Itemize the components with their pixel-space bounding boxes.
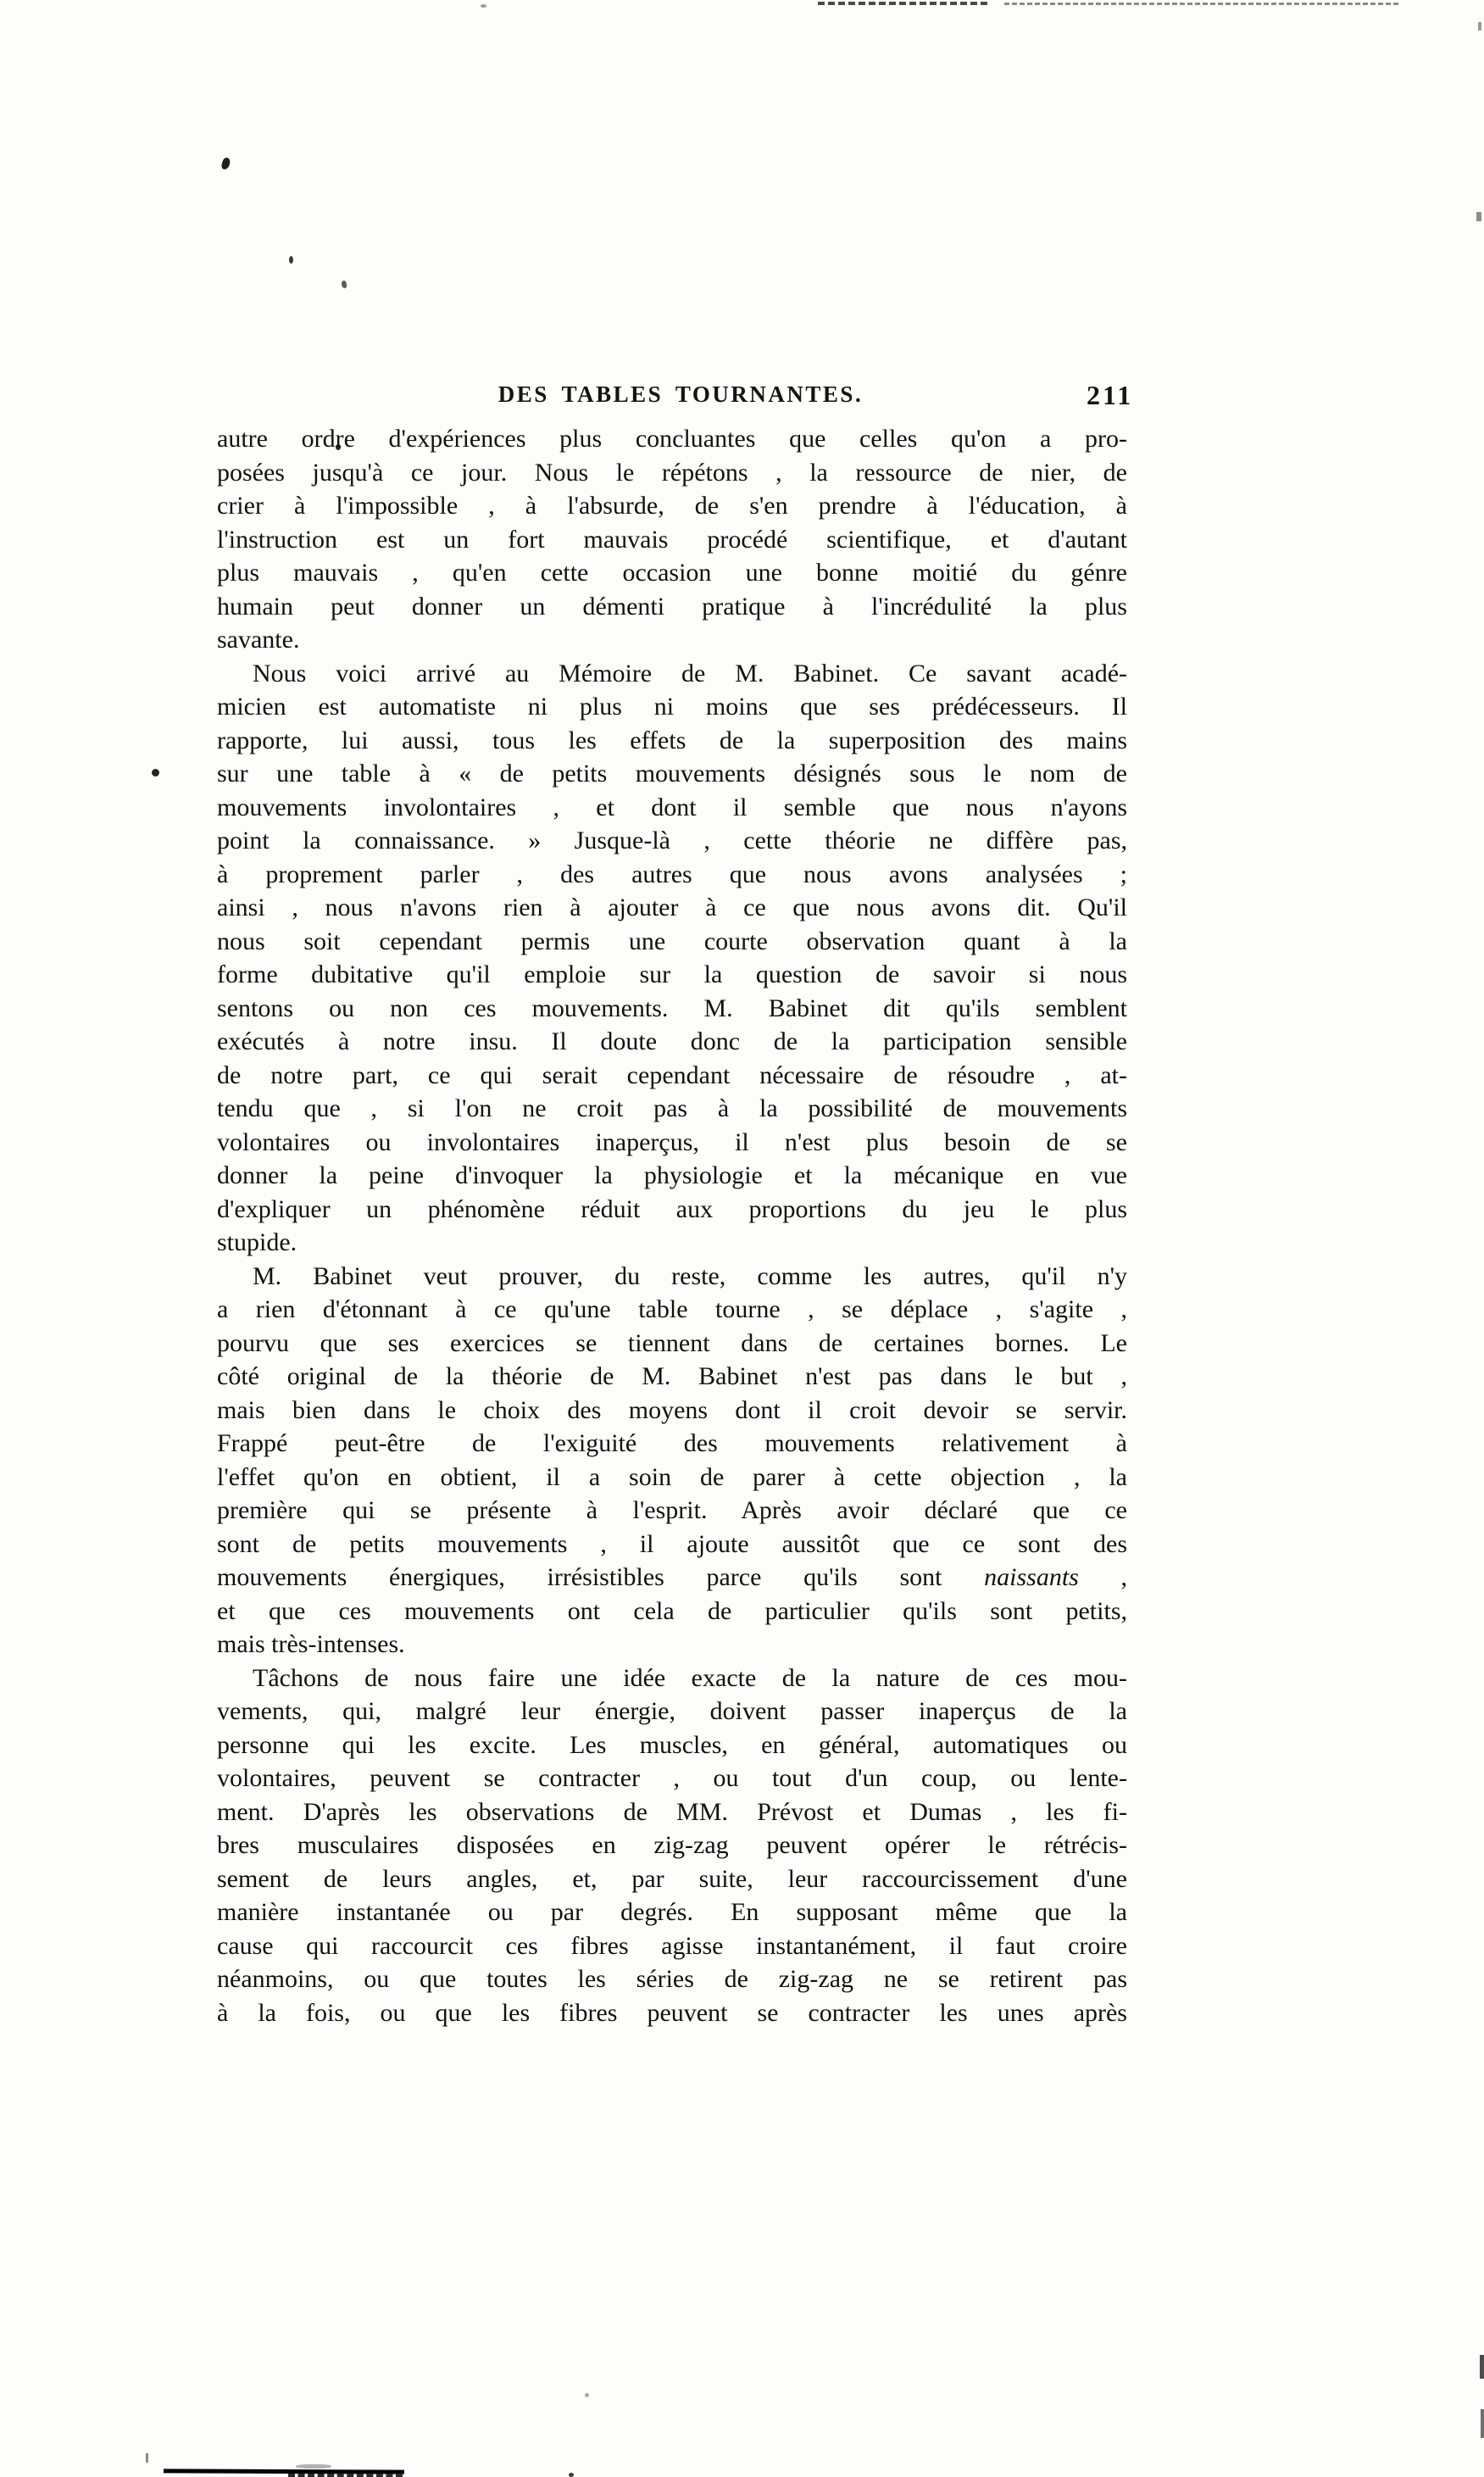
text-line: sur une table à « de petits mouvements d… (217, 757, 1127, 791)
page-header: DES TABLES TOURNANTES. 211 (217, 381, 1127, 417)
text-line: tendu que , si l'on ne croit pas à la po… (217, 1092, 1127, 1126)
text-line: point la connaissance. » Jusque-là , cet… (217, 824, 1127, 858)
scan-artifact-margin-dot (152, 769, 159, 776)
scan-artifact-top-dashes (1004, 3, 1398, 5)
text-line: donner la peine d'invoquer la physiologi… (217, 1159, 1127, 1193)
text-line: pourvu que ses exercices se tiennent dan… (217, 1327, 1127, 1361)
text-line: et que ces mouvements ont cela de partic… (217, 1595, 1127, 1628)
scan-artifact-tick (1478, 22, 1481, 31)
text-line: crier à l'impossible , à l'absurde, de s… (217, 489, 1127, 523)
text-line: exécutés à notre insu. Il doute donc de … (217, 1025, 1127, 1059)
text-line: Frappé peut-être de l'exiguité des mouve… (217, 1427, 1127, 1461)
text-line: savante. (217, 623, 1127, 657)
scan-artifact-tick (146, 2453, 148, 2463)
text-line: mais bien dans le choix des moyens dont … (217, 1394, 1127, 1428)
paragraph: M. Babinet veut prouver, du reste, comme… (217, 1260, 1127, 1662)
paragraph: Nous voici arrivé au Mémoire de M. Babin… (217, 657, 1127, 1260)
scan-artifact-bottom-dashes (288, 2474, 403, 2477)
text-line: à la fois, ou que les fibres peuvent se … (217, 1996, 1127, 2030)
text-block: autre ordre d'expériences plus concluant… (217, 422, 1127, 2029)
scan-artifact-top-dashes (818, 2, 987, 5)
paragraph: Tâchons de nous faire une idée exacte de… (217, 1662, 1127, 2030)
scan-artifact-dot (569, 2473, 574, 2477)
text-line: M. Babinet veut prouver, du reste, comme… (217, 1260, 1127, 1294)
text-line: rapporte, lui aussi, tous les effets de … (217, 724, 1127, 758)
text-line: Nous voici arrivé au Mémoire de M. Babin… (217, 657, 1127, 691)
scan-artifact-edge-mark (1480, 2355, 1484, 2379)
text-line: vements, qui, malgré leur énergie, doive… (217, 1695, 1127, 1728)
text-line: bres musculaires disposées en zig-zag pe… (217, 1829, 1127, 1862)
scan-artifact-speck (220, 157, 231, 170)
text-line: stupide. (217, 1226, 1127, 1260)
text-line: nous soit cependant permis une courte ob… (217, 925, 1127, 959)
scan-artifact-bottom-line (164, 2469, 404, 2474)
text-line: forme dubitative qu'il emploie sur la qu… (217, 958, 1127, 992)
text-line: côté original de la théorie de M. Babine… (217, 1360, 1127, 1394)
text-line: de notre part, ce qui serait cependant n… (217, 1059, 1127, 1093)
text-line: volontaires, peuvent se contracter , ou … (217, 1762, 1127, 1795)
text-line: ainsi , nous n'avons rien à ajouter à ce… (217, 891, 1127, 925)
text-line: personne qui les excite. Les muscles, en… (217, 1728, 1127, 1762)
scan-artifact-smudge (296, 2464, 331, 2469)
text-line: d'expliquer un phénomène réduit aux prop… (217, 1193, 1127, 1227)
text-line: mouvements énergiques, irrésistibles par… (217, 1561, 1127, 1595)
scan-artifact-dot (481, 4, 486, 8)
text-line: cause qui raccourcit ces fibres agisse i… (217, 1929, 1127, 1963)
text-line: l'effet qu'on en obtient, il a soin de p… (217, 1461, 1127, 1495)
scan-artifact-edge-mark (1481, 2409, 1484, 2438)
scan-artifact-speck (289, 256, 293, 264)
scan-artifact-speck (341, 280, 347, 288)
book-page: DES TABLES TOURNANTES. 211 autre ordre d… (0, 0, 1484, 2477)
page-number: 211 (1087, 380, 1133, 411)
text-line: à proprement parler , des autres que nou… (217, 858, 1127, 892)
text-line: manière instantanée ou par degrés. En su… (217, 1895, 1127, 1929)
text-line: première qui se présente à l'esprit. Apr… (217, 1494, 1127, 1528)
running-title: DES TABLES TOURNANTES. (225, 381, 1136, 408)
text-line: a rien d'étonnant à ce qu'une table tour… (217, 1293, 1127, 1327)
paragraph: autre ordre d'expériences plus concluant… (217, 422, 1127, 657)
text-line: l'instruction est un fort mauvais procéd… (217, 523, 1127, 557)
text-line: Tâchons de nous faire une idée exacte de… (217, 1662, 1127, 1695)
scan-artifact-tick (1476, 212, 1481, 221)
text-line: posées jusqu'à ce jour. Nous le répétons… (217, 456, 1127, 490)
text-line: ment. D'après les observations de MM. Pr… (217, 1795, 1127, 1829)
text-line: néanmoins, ou que toutes les séries de z… (217, 1962, 1127, 1996)
text-line: mouvements involontaires , et dont il se… (217, 791, 1127, 825)
text-line: micien est automatiste ni plus ni moins … (217, 690, 1127, 724)
text-line: mais très-intenses. (217, 1628, 1127, 1662)
text-line: sentons ou non ces mouvements. M. Babine… (217, 992, 1127, 1026)
text-line: volontaires ou involontaires inaperçus, … (217, 1126, 1127, 1160)
text-line: autre ordre d'expériences plus concluant… (217, 422, 1127, 456)
text-line: sement de leurs angles, et, par suite, l… (217, 1862, 1127, 1896)
text-line: sont de petits mouvements , il ajoute au… (217, 1528, 1127, 1561)
scan-artifact-dot (585, 2393, 589, 2397)
text-line: plus mauvais , qu'en cette occasion une … (217, 556, 1127, 590)
text-line: humain peut donner un démenti pratique à… (217, 590, 1127, 624)
